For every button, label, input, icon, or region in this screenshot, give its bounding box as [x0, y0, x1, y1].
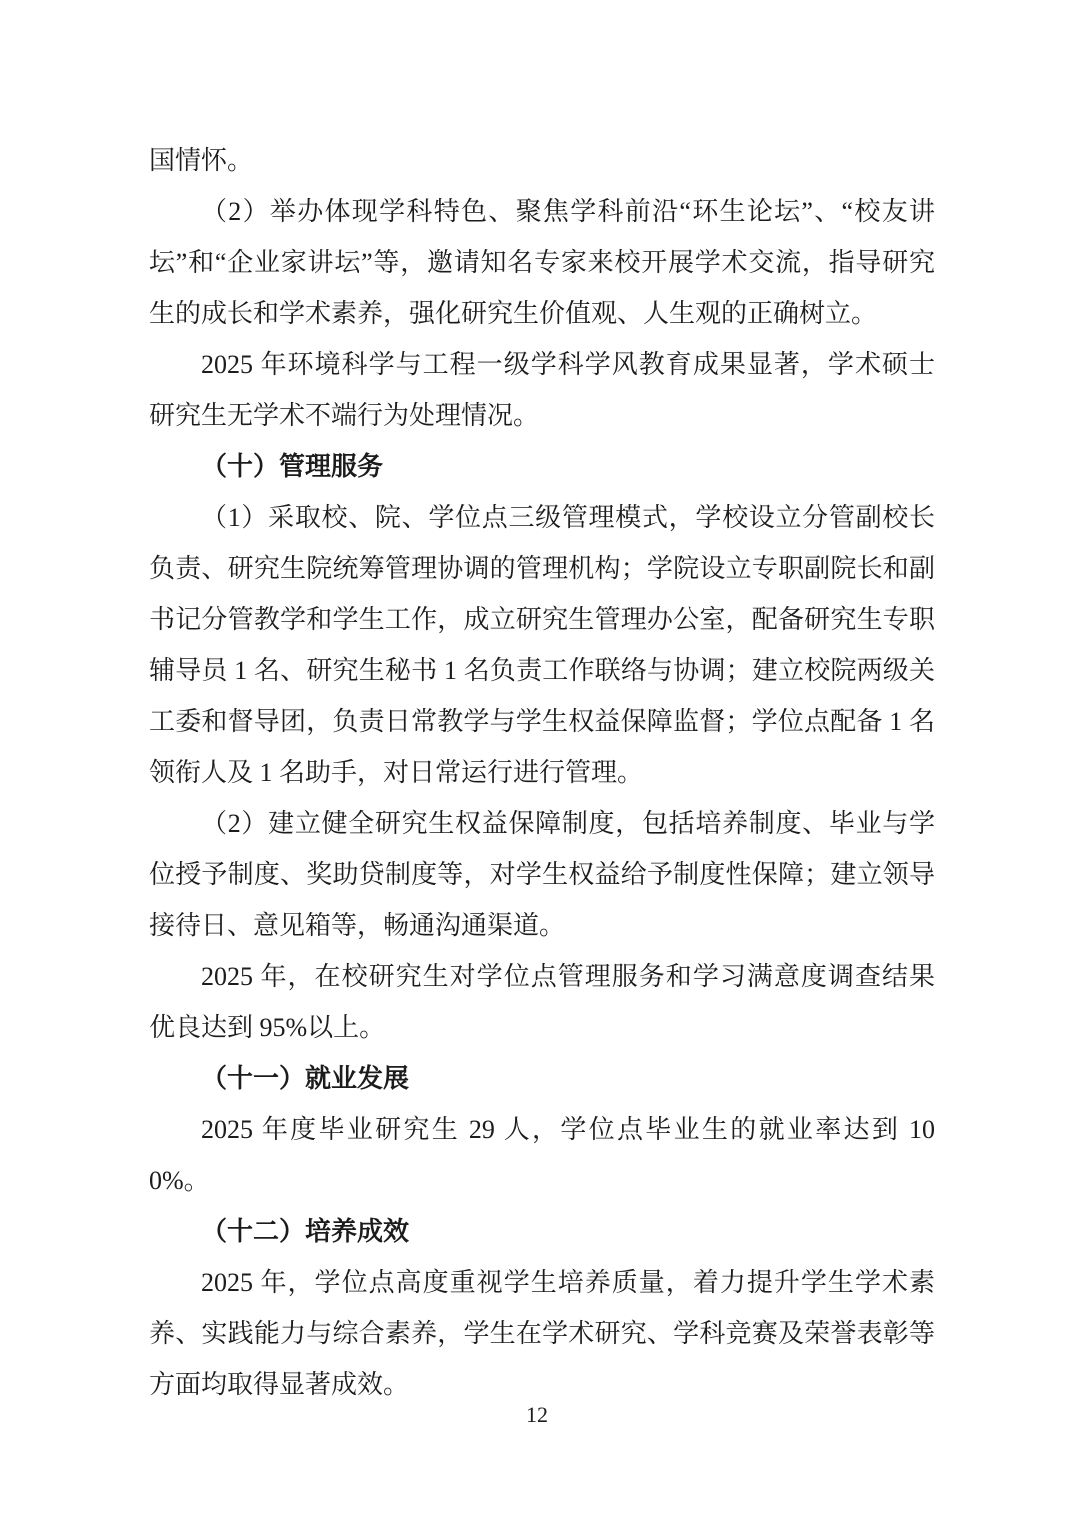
- page-number: 12: [0, 1400, 1074, 1430]
- paragraph-management-item-2: （2）建立健全研究生权益保障制度，包括培养制度、毕业与学位授予制度、奖助贷制度等…: [149, 798, 935, 951]
- document-page: 国情怀。 （2）举办体现学科特色、聚焦学科前沿“环生论坛”、“校友讲坛”和“企业…: [0, 0, 1074, 1520]
- paragraph-training-quality: 2025 年，学位点高度重视学生培养质量，着力提升学生学术素养、实践能力与综合素…: [149, 1257, 935, 1410]
- paragraph-discipline-conduct: 2025 年环境科学与工程一级学科学风教育成果显著，学术硕士研究生无学术不端行为…: [149, 339, 935, 441]
- section-heading-12-training-outcomes: （十二）培养成效: [149, 1206, 935, 1257]
- paragraph-continuation: 国情怀。: [149, 135, 935, 186]
- section-heading-11-employment-development: （十一）就业发展: [149, 1053, 935, 1104]
- paragraph-activity-item-2: （2）举办体现学科特色、聚焦学科前沿“环生论坛”、“校友讲坛”和“企业家讲坛”等…: [149, 186, 935, 339]
- paragraph-employment-rate: 2025 年度毕业研究生 29 人，学位点毕业生的就业率达到 100%。: [149, 1104, 935, 1206]
- document-body: 国情怀。 （2）举办体现学科特色、聚焦学科前沿“环生论坛”、“校友讲坛”和“企业…: [149, 135, 935, 1410]
- paragraph-satisfaction-survey: 2025 年，在校研究生对学位点管理服务和学习满意度调查结果优良达到 95%以上…: [149, 951, 935, 1053]
- section-heading-10-management-service: （十）管理服务: [149, 441, 935, 492]
- paragraph-management-item-1: （1）采取校、院、学位点三级管理模式，学校设立分管副校长负责、研究生院统筹管理协…: [149, 492, 935, 798]
